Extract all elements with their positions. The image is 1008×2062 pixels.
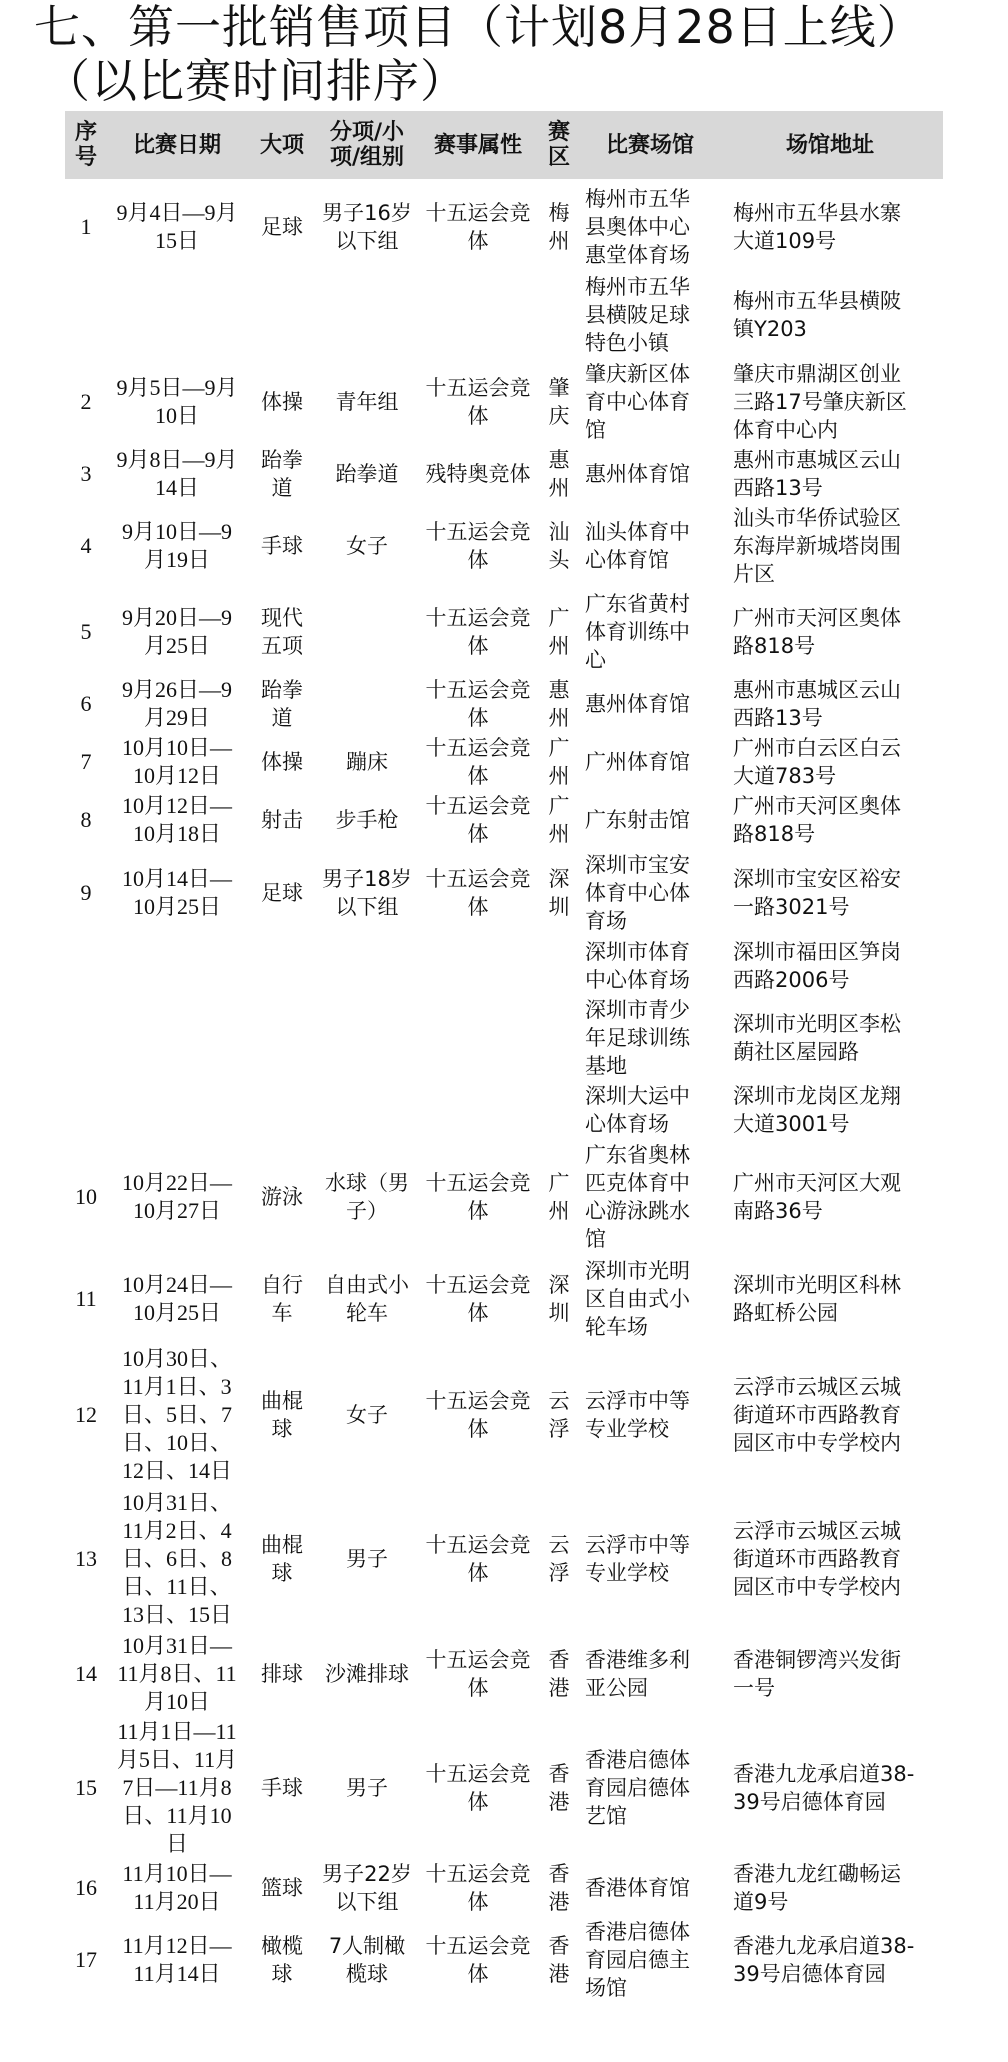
- cell-type: 十五运会竞 体: [417, 1255, 539, 1343]
- cell-date: 10月31日— 11月8日、11 月10日: [107, 1631, 247, 1717]
- cell-venue: 深圳市体育 中心体育场: [579, 937, 715, 995]
- table-row: 910月14日— 10月25日足球男子18岁 以下组十五运会竞 体深 圳深圳市宝…: [0, 849, 1008, 1139]
- cell-event-text: 青年组: [336, 388, 399, 416]
- cell-date-text: 10月12日— 10月18日: [122, 792, 232, 848]
- venue-address: 香港铜锣湾兴发街 一号: [733, 1646, 901, 1702]
- cell-region: 香 港: [539, 1717, 579, 1859]
- cell-sport: 橄榄 球: [247, 1917, 317, 2003]
- venue-name: 深圳市青少 年足球训练 基地: [585, 996, 690, 1080]
- header-region: 赛 区: [539, 111, 579, 179]
- cell-event: 沙滩排球: [317, 1631, 417, 1717]
- cell-sport-text: 跆拳 道: [261, 446, 303, 502]
- cell-type: 十五运会竞 体: [417, 183, 539, 271]
- cell-date-text: 9月8日—9月 14日: [116, 446, 237, 502]
- cell-sport: 射击: [247, 791, 317, 849]
- cell-event-text: 水球（男 子）: [325, 1169, 409, 1225]
- venue-name: 惠州体育馆: [585, 690, 690, 718]
- table-row: 69月26日—9 月29日跆拳 道十五运会竞 体惠 州惠州体育馆惠州市惠城区云山…: [0, 675, 1008, 733]
- cell-region-text: 梅 州: [549, 199, 570, 255]
- cell-sport-text: 足球: [261, 879, 303, 907]
- venue-name: 深圳大运中 心体育场: [585, 1082, 690, 1138]
- cell-type-text: 十五运会竞 体: [426, 1646, 531, 1702]
- cell-no-text: 10: [75, 1183, 97, 1211]
- venue-address: 深圳市龙岗区龙翔 大道3001号: [733, 1082, 901, 1138]
- table-row: 1210月30日、 11月1日、3 日、5日、7 日、10日、 12日、14日曲…: [0, 1343, 1008, 1487]
- cell-address: 深圳市光明区科林 路虹桥公园: [715, 1255, 945, 1343]
- cell-venue: 肇庆新区体 育中心体育 馆: [579, 359, 715, 445]
- cell-sport: 手球: [247, 503, 317, 589]
- cell-date: 10月14日— 10月25日: [107, 849, 247, 937]
- header-venue: 比赛场馆: [579, 111, 715, 179]
- table-row: 710月10日— 10月12日体操蹦床十五运会竞 体广 州广州体育馆广州市白云区…: [0, 733, 1008, 791]
- venue-name: 云浮市中等 专业学校: [585, 1387, 690, 1443]
- cell-no: 17: [65, 1917, 107, 2003]
- cell-sport: 排球: [247, 1631, 317, 1717]
- cell-event-text: 男子16岁 以下组: [322, 199, 412, 255]
- venue-name: 香港启德体 育园启德主 场馆: [585, 1918, 690, 2002]
- cell-type-text: 十五运会竞 体: [426, 1932, 531, 1988]
- cell-region-text: 香 港: [549, 1860, 570, 1916]
- cell-no: 12: [65, 1343, 107, 1487]
- cell-region-text: 广 州: [549, 734, 570, 790]
- cell-date-text: 9月10日—9 月19日: [122, 518, 232, 574]
- cell-sport: 游泳: [247, 1139, 317, 1255]
- cell-no-text: 3: [81, 460, 92, 488]
- cell-region: 惠 州: [539, 675, 579, 733]
- cell-event: 青年组: [317, 359, 417, 445]
- cell-venue: 深圳大运中 心体育场: [579, 1081, 715, 1139]
- cell-sport: 曲棍 球: [247, 1343, 317, 1487]
- venue-address: 广州市天河区奥体 路818号: [733, 792, 901, 848]
- cell-event-text: 男子: [346, 1774, 388, 1802]
- cell-address: 惠州市惠城区云山 西路13号: [715, 445, 945, 503]
- cell-venue: 广东射击馆: [579, 791, 715, 849]
- table-row: 810月12日— 10月18日射击步手枪十五运会竞 体广 州广东射击馆广州市天河…: [0, 791, 1008, 849]
- title-line-2: （以比赛时间排序）: [34, 54, 994, 108]
- cell-address: 深圳市宝安区裕安 一路3021号: [715, 849, 945, 937]
- cell-event-text: 男子18岁 以下组: [322, 865, 412, 921]
- header-date: 比赛日期: [107, 111, 247, 179]
- cell-date-text: 10月31日、 11月2日、4 日、6日、8 日、11日、 13日、15日: [122, 1489, 232, 1629]
- cell-event-text: 蹦床: [346, 748, 388, 776]
- cell-event-text: 沙滩排球: [325, 1660, 409, 1688]
- venue-name: 香港维多利 亚公园: [585, 1646, 690, 1702]
- cell-event-text: 女子: [346, 532, 388, 560]
- cell-type: 十五运会竞 体: [417, 849, 539, 937]
- cell-address: 香港铜锣湾兴发街 一号: [715, 1631, 945, 1717]
- cell-date-text: 10月30日、 11月1日、3 日、5日、7 日、10日、 12日、14日: [122, 1345, 232, 1485]
- cell-region: 广 州: [539, 589, 579, 675]
- cell-type-text: 残特奥竞体: [426, 460, 531, 488]
- venue-name: 广东省黄村 体育训练中 心: [585, 590, 690, 674]
- cell-region-text: 肇 庆: [549, 374, 570, 430]
- cell-sport-text: 射击: [261, 806, 303, 834]
- venue-address: 肇庆市鼎湖区创业 三路17号肇庆新区 体育中心内: [733, 360, 907, 444]
- cell-region: 深 圳: [539, 1255, 579, 1343]
- venue-name: 广东省奥林 匹克体育中 心游泳跳水 馆: [585, 1141, 690, 1253]
- table-header: 序 号 比赛日期 大项 分项/小 项/组别 赛事属性 赛 区 比赛场馆 场馆地址: [0, 111, 1008, 179]
- table-row: 39月8日—9月 14日跆拳 道跆拳道残特奥竞体惠 州惠州体育馆惠州市惠城区云山…: [0, 445, 1008, 503]
- venue-address: 香港九龙承启道38- 39号启德体育园: [733, 1760, 914, 1816]
- cell-region: 云 浮: [539, 1343, 579, 1487]
- cell-address: 云浮市云城区云城 街道环市西路教育 园区市中专学校内: [715, 1487, 945, 1631]
- cell-date: 10月31日、 11月2日、4 日、6日、8 日、11日、 13日、15日: [107, 1487, 247, 1631]
- table-row: 1511月1日—11 月5日、11月 7日—11月8 日、11月10 日手球男子…: [0, 1717, 1008, 1859]
- cell-no-text: 14: [75, 1660, 97, 1688]
- cell-type: 十五运会竞 体: [417, 359, 539, 445]
- cell-date: 11月10日— 11月20日: [107, 1859, 247, 1917]
- cell-address: 梅州市五华县水寨 大道109号: [715, 183, 945, 271]
- cell-address: 广州市天河区奥体 路818号: [715, 589, 945, 675]
- cell-venue: 广东省黄村 体育训练中 心: [579, 589, 715, 675]
- cell-region: 梅 州: [539, 183, 579, 271]
- cell-no: 16: [65, 1859, 107, 1917]
- cell-sport-text: 自行 车: [261, 1271, 303, 1327]
- header-type: 赛事属性: [417, 111, 539, 179]
- venue-name: 汕头体育中 心体育馆: [585, 518, 690, 574]
- cell-date: 10月12日— 10月18日: [107, 791, 247, 849]
- cell-address: 肇庆市鼎湖区创业 三路17号肇庆新区 体育中心内: [715, 359, 945, 445]
- cell-no: 2: [65, 359, 107, 445]
- cell-sport: 体操: [247, 733, 317, 791]
- cell-type: 十五运会竞 体: [417, 1487, 539, 1631]
- cell-no: 7: [65, 733, 107, 791]
- cell-sport-text: 体操: [261, 748, 303, 776]
- cell-type: 十五运会竞 体: [417, 1343, 539, 1487]
- cell-type-text: 十五运会竞 体: [426, 865, 531, 921]
- venue-address: 云浮市云城区云城 街道环市西路教育 园区市中专学校内: [733, 1373, 901, 1457]
- cell-venue: 梅州市五华 县奥体中心 惠堂体育场: [579, 183, 715, 271]
- cell-no: 9: [65, 849, 107, 937]
- cell-address: 香港九龙承启道38- 39号启德体育园: [715, 1917, 945, 2003]
- cell-event: [317, 675, 417, 733]
- cell-region-text: 惠 州: [549, 446, 570, 502]
- venue-address: 深圳市福田区笋岗 西路2006号: [733, 938, 901, 994]
- venue-name: 香港体育馆: [585, 1874, 690, 1902]
- cell-type: 十五运会竞 体: [417, 589, 539, 675]
- cell-venue: 深圳市光明 区自由式小 轮车场: [579, 1255, 715, 1343]
- cell-no: 15: [65, 1717, 107, 1859]
- table-row: 19月4日—9月 15日足球男子16岁 以下组十五运会竞 体梅 州梅州市五华 县…: [0, 183, 1008, 359]
- cell-event-text: 女子: [346, 1401, 388, 1429]
- cell-date-text: 10月22日— 10月27日: [122, 1169, 232, 1225]
- venue-address: 香港九龙承启道38- 39号启德体育园: [733, 1932, 914, 1988]
- cell-type: 十五运会竞 体: [417, 1717, 539, 1859]
- cell-sport: 篮球: [247, 1859, 317, 1917]
- table-row: 1310月31日、 11月2日、4 日、6日、8 日、11日、 13日、15日曲…: [0, 1487, 1008, 1631]
- cell-event: 男子18岁 以下组: [317, 849, 417, 937]
- venue-name: 梅州市五华 县奥体中心 惠堂体育场: [585, 185, 690, 269]
- document-title: 七、第一批销售项目（计划8月28日上线） （以比赛时间排序）: [34, 0, 994, 108]
- cell-date: 10月22日— 10月27日: [107, 1139, 247, 1255]
- cell-type-text: 十五运会竞 体: [426, 1531, 531, 1587]
- cell-no: 1: [65, 183, 107, 271]
- cell-no: 6: [65, 675, 107, 733]
- cell-type-text: 十五运会竞 体: [426, 604, 531, 660]
- cell-venue: 香港维多利 亚公园: [579, 1631, 715, 1717]
- cell-region: 云 浮: [539, 1487, 579, 1631]
- venue-name: 梅州市五华 县横陂足球 特色小镇: [585, 273, 690, 357]
- cell-address: 汕头市华侨试验区 东海岸新城塔岗围 片区: [715, 503, 945, 589]
- cell-no: 4: [65, 503, 107, 589]
- cell-type: 十五运会竞 体: [417, 1139, 539, 1255]
- cell-event: 水球（男 子）: [317, 1139, 417, 1255]
- cell-venue: 惠州体育馆: [579, 675, 715, 733]
- cell-sport: 足球: [247, 849, 317, 937]
- venue-name: 香港启德体 育园启德体 艺馆: [585, 1746, 690, 1830]
- cell-type-text: 十五运会竞 体: [426, 1387, 531, 1443]
- cell-sport-text: 足球: [261, 213, 303, 241]
- cell-date: 11月12日— 11月14日: [107, 1917, 247, 2003]
- cell-no-text: 9: [81, 879, 92, 907]
- cell-type: 残特奥竞体: [417, 445, 539, 503]
- cell-no-text: 5: [81, 618, 92, 646]
- cell-event: 女子: [317, 503, 417, 589]
- cell-no: 3: [65, 445, 107, 503]
- cell-sport: 手球: [247, 1717, 317, 1859]
- cell-sport-text: 现代 五项: [261, 604, 303, 660]
- venue-name: 深圳市宝安 体育中心体 育场: [585, 851, 690, 935]
- cell-region: 香 港: [539, 1859, 579, 1917]
- cell-no-text: 6: [81, 690, 92, 718]
- cell-no: 11: [65, 1255, 107, 1343]
- cell-event-text: 7人制橄 榄球: [329, 1932, 405, 1988]
- cell-type: 十五运会竞 体: [417, 675, 539, 733]
- cell-no-text: 2: [81, 388, 92, 416]
- cell-sport-text: 游泳: [261, 1183, 303, 1211]
- cell-sport: 体操: [247, 359, 317, 445]
- cell-venue: 香港启德体 育园启德主 场馆: [579, 1917, 715, 2003]
- table-row: 1611月10日— 11月20日篮球男子22岁 以下组十五运会竞 体香 港香港体…: [0, 1859, 1008, 1917]
- cell-region: 深 圳: [539, 849, 579, 937]
- cell-no: 14: [65, 1631, 107, 1717]
- venue-address: 广州市白云区白云 大道783号: [733, 734, 901, 790]
- cell-region: 汕 头: [539, 503, 579, 589]
- venue-address: 香港九龙红磡畅运 道9号: [733, 1860, 901, 1916]
- table-row: 29月5日—9月 10日体操青年组十五运会竞 体肇 庆肇庆新区体 育中心体育 馆…: [0, 359, 1008, 445]
- cell-region-text: 云 浮: [549, 1531, 570, 1587]
- cell-type-text: 十五运会竞 体: [426, 1860, 531, 1916]
- cell-type-text: 十五运会竞 体: [426, 199, 531, 255]
- cell-region-text: 香 港: [549, 1932, 570, 1988]
- cell-event: 男子22岁 以下组: [317, 1859, 417, 1917]
- venue-name: 肇庆新区体 育中心体育 馆: [585, 360, 690, 444]
- cell-venue: 汕头体育中 心体育馆: [579, 503, 715, 589]
- cell-sport: 足球: [247, 183, 317, 271]
- cell-no-text: 13: [75, 1545, 97, 1573]
- cell-date-text: 10月14日— 10月25日: [122, 865, 232, 921]
- venue-name: 广东射击馆: [585, 806, 690, 834]
- cell-type: 十五运会竞 体: [417, 791, 539, 849]
- cell-sport-text: 体操: [261, 388, 303, 416]
- cell-type-text: 十五运会竞 体: [426, 676, 531, 732]
- cell-venue: 广东省奥林 匹克体育中 心游泳跳水 馆: [579, 1139, 715, 1255]
- venue-name: 深圳市光明 区自由式小 轮车场: [585, 1257, 690, 1341]
- cell-type: 十五运会竞 体: [417, 1859, 539, 1917]
- cell-region: 广 州: [539, 733, 579, 791]
- venue-address: 深圳市光明区李松 蓢社区屋园路: [733, 1010, 901, 1066]
- cell-region: 广 州: [539, 1139, 579, 1255]
- cell-date: 10月10日— 10月12日: [107, 733, 247, 791]
- cell-type-text: 十五运会竞 体: [426, 734, 531, 790]
- cell-event-text: 自由式小 轮车: [325, 1271, 409, 1327]
- cell-type-text: 十五运会竞 体: [426, 1169, 531, 1225]
- table-row: 1110月24日— 10月25日自行 车自由式小 轮车十五运会竞 体深 圳深圳市…: [0, 1255, 1008, 1343]
- cell-date-text: 10月31日— 11月8日、11 月10日: [117, 1632, 236, 1716]
- cell-region-text: 广 州: [549, 792, 570, 848]
- header-event: 分项/小 项/组别: [317, 111, 417, 179]
- cell-region-text: 香 港: [549, 1760, 570, 1816]
- cell-event: 步手枪: [317, 791, 417, 849]
- venue-address: 梅州市五华县水寨 大道109号: [733, 199, 901, 255]
- cell-event: 男子: [317, 1487, 417, 1631]
- header-address: 场馆地址: [715, 111, 945, 179]
- header-sport: 大项: [247, 111, 317, 179]
- cell-venue: 香港启德体 育园启德体 艺馆: [579, 1717, 715, 1859]
- venue-address: 梅州市五华县横陂 镇Y203: [733, 287, 901, 343]
- cell-event: 7人制橄 榄球: [317, 1917, 417, 2003]
- cell-region-text: 云 浮: [549, 1387, 570, 1443]
- table-row: 1410月31日— 11月8日、11 月10日排球沙滩排球十五运会竞 体香 港香…: [0, 1631, 1008, 1717]
- cell-venue: 广州体育馆: [579, 733, 715, 791]
- venue-address: 深圳市光明区科林 路虹桥公园: [733, 1271, 901, 1327]
- cell-address: 香港九龙红磡畅运 道9号: [715, 1859, 945, 1917]
- cell-address: 云浮市云城区云城 街道环市西路教育 园区市中专学校内: [715, 1343, 945, 1487]
- cell-venue: 云浮市中等 专业学校: [579, 1343, 715, 1487]
- cell-type-text: 十五运会竞 体: [426, 792, 531, 848]
- cell-date-text: 11月10日— 11月20日: [122, 1860, 231, 1916]
- cell-no-text: 7: [81, 748, 92, 776]
- cell-sport: 跆拳 道: [247, 445, 317, 503]
- cell-event-text: 跆拳道: [336, 460, 399, 488]
- cell-region: 香 港: [539, 1917, 579, 2003]
- cell-address: 广州市白云区白云 大道783号: [715, 733, 945, 791]
- cell-sport: 自行 车: [247, 1255, 317, 1343]
- cell-date-text: 11月12日— 11月14日: [122, 1932, 231, 1988]
- cell-region: 香 港: [539, 1631, 579, 1717]
- cell-type-text: 十五运会竞 体: [426, 374, 531, 430]
- venue-name: 惠州体育馆: [585, 460, 690, 488]
- venue-address: 广州市天河区大观 南路36号: [733, 1169, 901, 1225]
- cell-type: 十五运会竞 体: [417, 503, 539, 589]
- cell-venue: 云浮市中等 专业学校: [579, 1487, 715, 1631]
- cell-address: 深圳市龙岗区龙翔 大道3001号: [715, 1081, 945, 1139]
- cell-no-text: 11: [75, 1285, 96, 1313]
- cell-date: 11月1日—11 月5日、11月 7日—11月8 日、11月10 日: [107, 1717, 247, 1859]
- venue-address: 云浮市云城区云城 街道环市西路教育 园区市中专学校内: [733, 1517, 901, 1601]
- cell-event: 自由式小 轮车: [317, 1255, 417, 1343]
- cell-sport-text: 手球: [261, 1774, 303, 1802]
- cell-sport-text: 橄榄 球: [261, 1932, 303, 1988]
- cell-no: 5: [65, 589, 107, 675]
- table-row: 1010月22日— 10月27日游泳水球（男 子）十五运会竞 体广 州广东省奥林…: [0, 1139, 1008, 1255]
- cell-type: 十五运会竞 体: [417, 1917, 539, 2003]
- cell-event-text: 男子: [346, 1545, 388, 1573]
- cell-venue: 香港体育馆: [579, 1859, 715, 1917]
- cell-address: 香港九龙承启道38- 39号启德体育园: [715, 1717, 945, 1859]
- cell-sport-text: 跆拳 道: [261, 676, 303, 732]
- cell-address: 梅州市五华县横陂 镇Y203: [715, 271, 945, 359]
- cell-date: 10月24日— 10月25日: [107, 1255, 247, 1343]
- cell-venue: 深圳市宝安 体育中心体 育场: [579, 849, 715, 937]
- cell-date-text: 10月10日— 10月12日: [122, 734, 232, 790]
- cell-date-text: 10月24日— 10月25日: [122, 1271, 232, 1327]
- cell-event: 女子: [317, 1343, 417, 1487]
- cell-event-text: 步手枪: [336, 806, 399, 834]
- venue-name: 深圳市体育 中心体育场: [585, 938, 690, 994]
- cell-region-text: 广 州: [549, 1169, 570, 1225]
- cell-address: 深圳市光明区李松 蓢社区屋园路: [715, 995, 945, 1081]
- cell-date: 10月30日、 11月1日、3 日、5日、7 日、10日、 12日、14日: [107, 1343, 247, 1487]
- title-line-1: 七、第一批销售项目（计划8月28日上线）: [34, 0, 994, 54]
- venue-address: 惠州市惠城区云山 西路13号: [733, 446, 901, 502]
- cell-address: 广州市天河区大观 南路36号: [715, 1139, 945, 1255]
- cell-date-text: 9月4日—9月 15日: [116, 199, 237, 255]
- cell-type-text: 十五运会竞 体: [426, 1271, 531, 1327]
- cell-date: 9月10日—9 月19日: [107, 503, 247, 589]
- cell-date: 9月8日—9月 14日: [107, 445, 247, 503]
- cell-date-text: 9月20日—9 月25日: [122, 604, 232, 660]
- cell-no-text: 8: [81, 806, 92, 834]
- cell-date: 9月4日—9月 15日: [107, 183, 247, 271]
- cell-date: 9月26日—9 月29日: [107, 675, 247, 733]
- table-row: 49月10日—9 月19日手球女子十五运会竞 体汕 头汕头体育中 心体育馆汕头市…: [0, 503, 1008, 589]
- cell-no: 13: [65, 1487, 107, 1631]
- cell-no-text: 17: [75, 1946, 97, 1974]
- cell-region-text: 香 港: [549, 1646, 570, 1702]
- cell-region: 惠 州: [539, 445, 579, 503]
- cell-event: 男子16岁 以下组: [317, 183, 417, 271]
- cell-no-text: 12: [75, 1401, 97, 1429]
- cell-sport-text: 篮球: [261, 1874, 303, 1902]
- cell-date: 9月20日—9 月25日: [107, 589, 247, 675]
- cell-date: 9月5日—9月 10日: [107, 359, 247, 445]
- cell-type-text: 十五运会竞 体: [426, 518, 531, 574]
- cell-event: 男子: [317, 1717, 417, 1859]
- cell-sport: 现代 五项: [247, 589, 317, 675]
- table-row: 1711月12日— 11月14日橄榄 球7人制橄 榄球十五运会竞 体香 港香港启…: [0, 1917, 1008, 2003]
- cell-sport-text: 曲棍 球: [261, 1531, 303, 1587]
- cell-venue: 惠州体育馆: [579, 445, 715, 503]
- cell-type: 十五运会竞 体: [417, 733, 539, 791]
- cell-region: 肇 庆: [539, 359, 579, 445]
- cell-no: 8: [65, 791, 107, 849]
- cell-event: 跆拳道: [317, 445, 417, 503]
- venue-name: 广州体育馆: [585, 748, 690, 776]
- cell-date-text: 11月1日—11 月5日、11月 7日—11月8 日、11月10 日: [117, 1718, 237, 1858]
- cell-sport-text: 手球: [261, 532, 303, 560]
- cell-region: 广 州: [539, 791, 579, 849]
- venue-address: 惠州市惠城区云山 西路13号: [733, 676, 901, 732]
- venue-name: 云浮市中等 专业学校: [585, 1531, 690, 1587]
- cell-event: 蹦床: [317, 733, 417, 791]
- cell-address: 广州市天河区奥体 路818号: [715, 791, 945, 849]
- cell-region-text: 惠 州: [549, 676, 570, 732]
- cell-date-text: 9月5日—9月 10日: [116, 374, 237, 430]
- cell-region-text: 广 州: [549, 604, 570, 660]
- header-no: 序 号: [65, 111, 107, 179]
- cell-region-text: 深 圳: [549, 1271, 570, 1327]
- cell-region-text: 深 圳: [549, 865, 570, 921]
- venue-address: 汕头市华侨试验区 东海岸新城塔岗围 片区: [733, 504, 901, 588]
- cell-no: 10: [65, 1139, 107, 1255]
- cell-sport: 曲棍 球: [247, 1487, 317, 1631]
- cell-address: 深圳市福田区笋岗 西路2006号: [715, 937, 945, 995]
- cell-event: [317, 589, 417, 675]
- cell-venue: 梅州市五华 县横陂足球 特色小镇: [579, 271, 715, 359]
- cell-sport: 跆拳 道: [247, 675, 317, 733]
- cell-no-text: 1: [81, 213, 92, 241]
